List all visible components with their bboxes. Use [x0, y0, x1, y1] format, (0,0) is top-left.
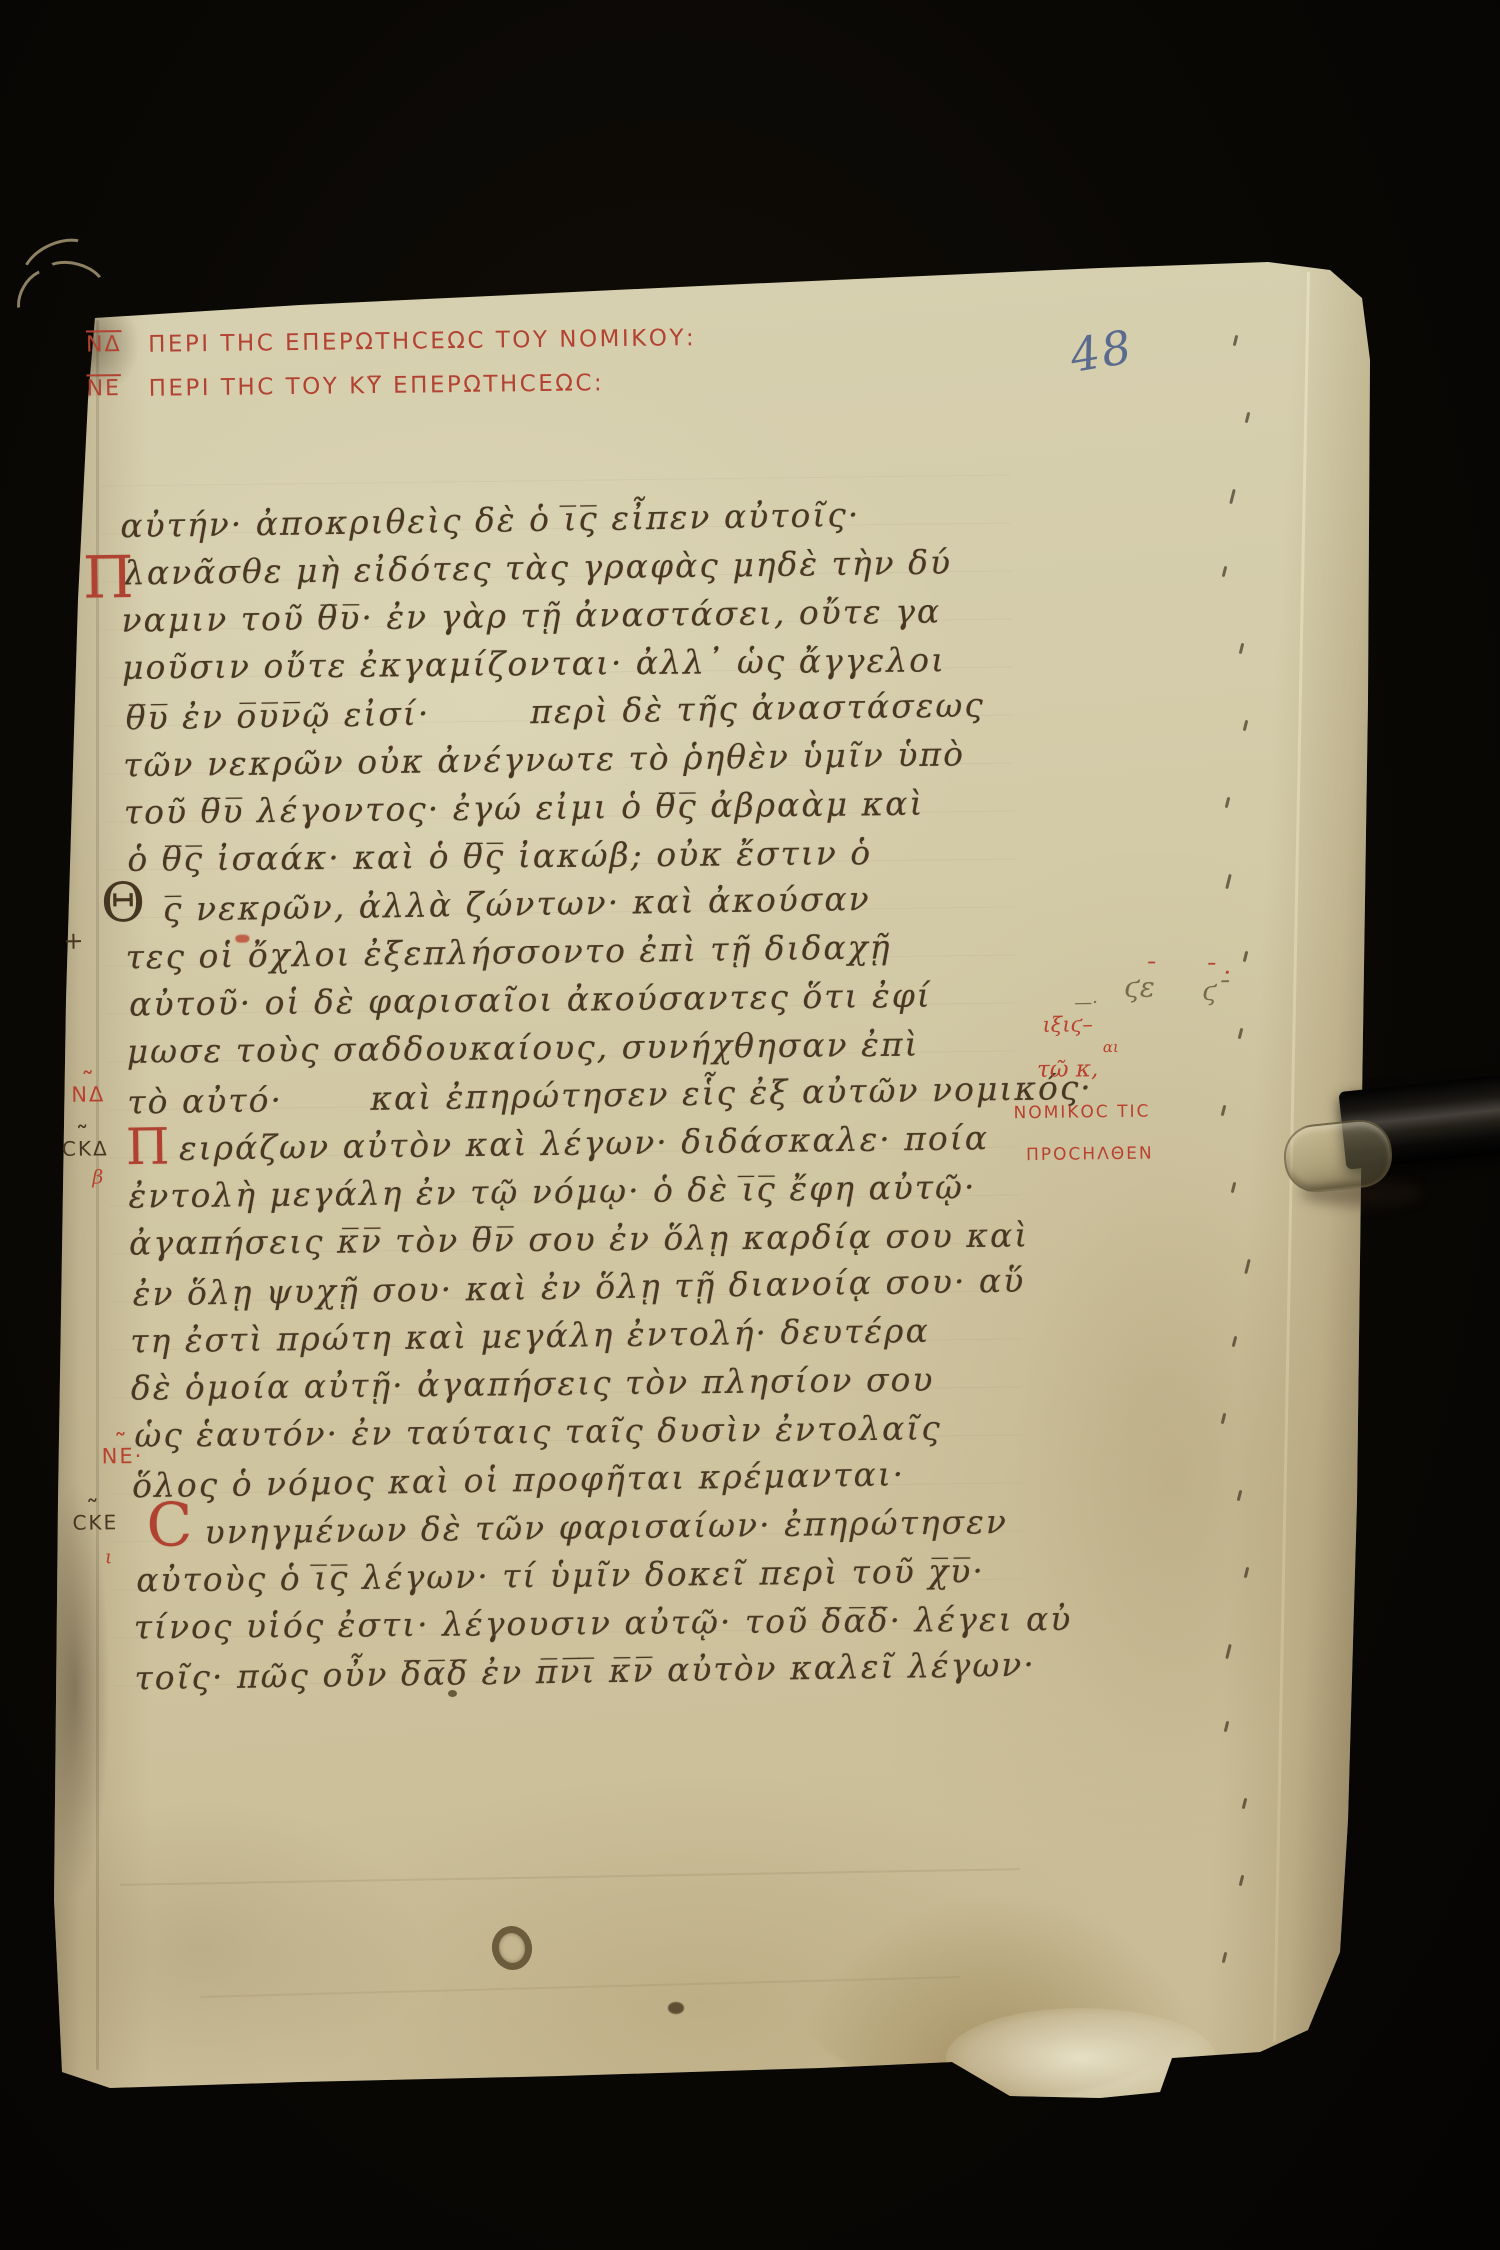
- text-line: μοῦσιν οὔτε ἐκγαμίζονται· ἀλλ᾽ ὡς ἄγγελο…: [122, 640, 946, 686]
- initial-letter: C: [146, 1495, 193, 1556]
- text-line: ὅλος ὁ νόμος καὶ οἱ προφῆται κρέμανται·: [132, 1454, 906, 1505]
- text-line: ὁ θ̅ς̅ ἰσαάκ· καὶ ὁ θ̅ς̅ ἰακώβ; οὐκ ἔστι…: [127, 833, 872, 879]
- text-line: ς̅ νεκρῶν, ἀλλὰ ζώντων· καὶ ἀκούσαν: [163, 879, 871, 929]
- initial-letter: Π: [126, 1122, 170, 1173]
- margin-annotation: ιξιϛ–: [1042, 1014, 1093, 1036]
- margin-annotation: ΝΟΜΙΚΟC ΤΙC: [1013, 1104, 1150, 1123]
- tilde-mark: ˜: [81, 1069, 96, 1095]
- text-line: τοῦ θ̅υ̅ λέγοντος· ἐγώ εἰμι ὁ θ̅ς̅ ἀβραὰ…: [124, 784, 925, 832]
- text-line: τῶν νεκρῶν οὐκ ἀνέγνωτε τὸ ῥηθὲν ὑμῖν ὑπ…: [123, 734, 965, 784]
- chapter-number: ΝΔ: [86, 332, 122, 357]
- chapter-title: ΠΕΡΙ ΤΗC ΤΟΥ ΚΥ̅ ΕΠΕΡΩΤΗCΕΩC:: [148, 370, 604, 402]
- text-line: ειράζων αὐτὸν καὶ λέγων· διδάσκαλε· ποία: [179, 1118, 990, 1168]
- right-margin-notes: ¯¯ ·—·ϛεϛ¯ιξιϛ–αιτῶ κ,ΝΟΜΙΚΟC ΤΙCΠΡΟCΗΛΘ…: [0, 0, 1494, 2]
- text-line: τίνος υἱός ἐστι· λέγουσιν αὐτῷ· τοῦ δ̅α̅…: [134, 1599, 1073, 1647]
- folio-number: 48: [1066, 319, 1137, 383]
- margin-annotation: ι: [105, 1548, 113, 1567]
- rubricated-initials: ΠΘΠC: [0, 0, 1494, 2]
- margin-annotation: ΠΡΟCΗΛΘΕΝ: [1026, 1146, 1154, 1165]
- text-line: αὐτήν· ἀποκριθεὶς δὲ ὁ ι̅ς̅ εἶπεν αὐτοῖς…: [120, 495, 861, 545]
- text-line: ἀγαπήσεις κ̅ν̅ τὸν θ̅ν̅ σου ἐν ὅλῃ καρδί…: [129, 1215, 1029, 1262]
- tilde-mark: ˜: [76, 1124, 91, 1150]
- initial-letter: Π: [83, 548, 134, 607]
- text-line: τοῖς· πῶς οὖν δ̅α̅δ̅ ἐν π̅ν̅ι̅ κ̅ν̅ αὐτὸ…: [134, 1645, 1036, 1698]
- chapter-title: ΠΕΡΙ ΤΗC ΕΠΕΡΩΤΗCΕΩC ΤΟΥ ΝΟΜΙΚΟΥ:: [148, 325, 696, 358]
- margin-annotation: ϛε: [1124, 974, 1155, 1002]
- gospel-text-block: αὐτήν· ἀποκριθεὶς δὲ ὁ ι̅ς̅ εἶπεν αὐτοῖς…: [0, 0, 1494, 2]
- text-line: αὐτοῦ· οἱ δὲ φαρισαῖοι ἀκούσαντες ὅτι ἐφ…: [129, 976, 932, 1024]
- margin-annotation: αι: [1103, 1040, 1119, 1055]
- text-line: λανᾶσθε μὴ εἰδότες τὰς γραφὰς μηδὲ τὴν δ…: [124, 543, 953, 593]
- manuscript-photo: ΝΔ ΠΕΡΙ ΤΗC ΕΠΕΡΩΤΗCΕΩC ΤΟΥ ΝΟΜΙΚΟΥ: ΝΕ …: [0, 0, 1500, 2250]
- initial-letter: Θ: [101, 876, 146, 931]
- text-line: τὸ αὐτό· καὶ ἐπηρώτησεν εἷς ἐξ αὐτῶν νομ…: [127, 1068, 1093, 1122]
- margin-annotation: β: [92, 1168, 103, 1187]
- text-line: τη ἐστὶ πρώτη καὶ μεγάλη ἐντολή· δευτέρα: [130, 1311, 930, 1361]
- left-margin-notes: +ΝΔ˜CΚΔ˜βΝΕ·˜CΚΕ˜ι: [0, 0, 1494, 2]
- margin-annotation: ΝΔ˜: [71, 1084, 105, 1105]
- text-line: ἐντολὴ μεγάλη ἐν τῷ νόμῳ· ὁ δὲ ι̅ς̅ ἔφη …: [128, 1167, 976, 1215]
- text-line: αὐτοὺς ὁ ι̅ς̅ λέγων· τί ὑμῖν δοκεῖ περὶ …: [136, 1551, 985, 1599]
- margin-annotation: ΝΕ·˜: [102, 1446, 144, 1468]
- text-line: ναμιν τοῦ θ̅υ̅· ἐν γὰρ τῇ ἀναστάσει, οὔτ…: [121, 592, 941, 640]
- margin-annotation: —·: [1074, 994, 1098, 1012]
- text-line: ἐν ὅλῃ ψυχῇ σου· καὶ ἐν ὅλῃ τῇ διανοίᾳ σ…: [132, 1261, 1025, 1314]
- text-line: θ̅υ̅ ἐν ο̅υ̅ν̅ῷ εἰσί· περὶ δὲ τῆς ἀναστά…: [125, 685, 985, 737]
- text-line: μωσε τοὺς σαδδουκαίους, συνήχθησαν ἐπὶ: [127, 1025, 920, 1071]
- margin-annotation: τῶ κ,: [1037, 1058, 1098, 1082]
- margin-annotation: CΚΔ˜: [62, 1138, 109, 1159]
- text-line: υνηγμένων δὲ τῶν φαρισαίων· ἐπηρώτησεν: [204, 1502, 1008, 1552]
- text-line: ὡς ἑαυτόν· ἐν ταύταις ταῖς δυσὶν ἐντολαῖ…: [134, 1408, 942, 1454]
- ink-layer: ΝΔ ΠΕΡΙ ΤΗC ΕΠΕΡΩΤΗCΕΩC ΤΟΥ ΝΟΜΙΚΟΥ: ΝΕ …: [0, 0, 1500, 2250]
- red-correction-mark: [235, 935, 249, 943]
- tilde-mark: ˜: [114, 1431, 129, 1457]
- text-line: δὲ ὁμοία αὐτῇ· ἀγαπήσεις τὸν πλησίον σου: [131, 1360, 935, 1408]
- margin-annotation: CΚΕ˜: [72, 1512, 118, 1533]
- margin-annotation: +: [63, 929, 85, 953]
- margin-annotation: ϛ¯: [1202, 979, 1230, 1005]
- tilde-mark: ˜: [86, 1497, 101, 1523]
- chapter-number: ΝΕ: [86, 376, 121, 401]
